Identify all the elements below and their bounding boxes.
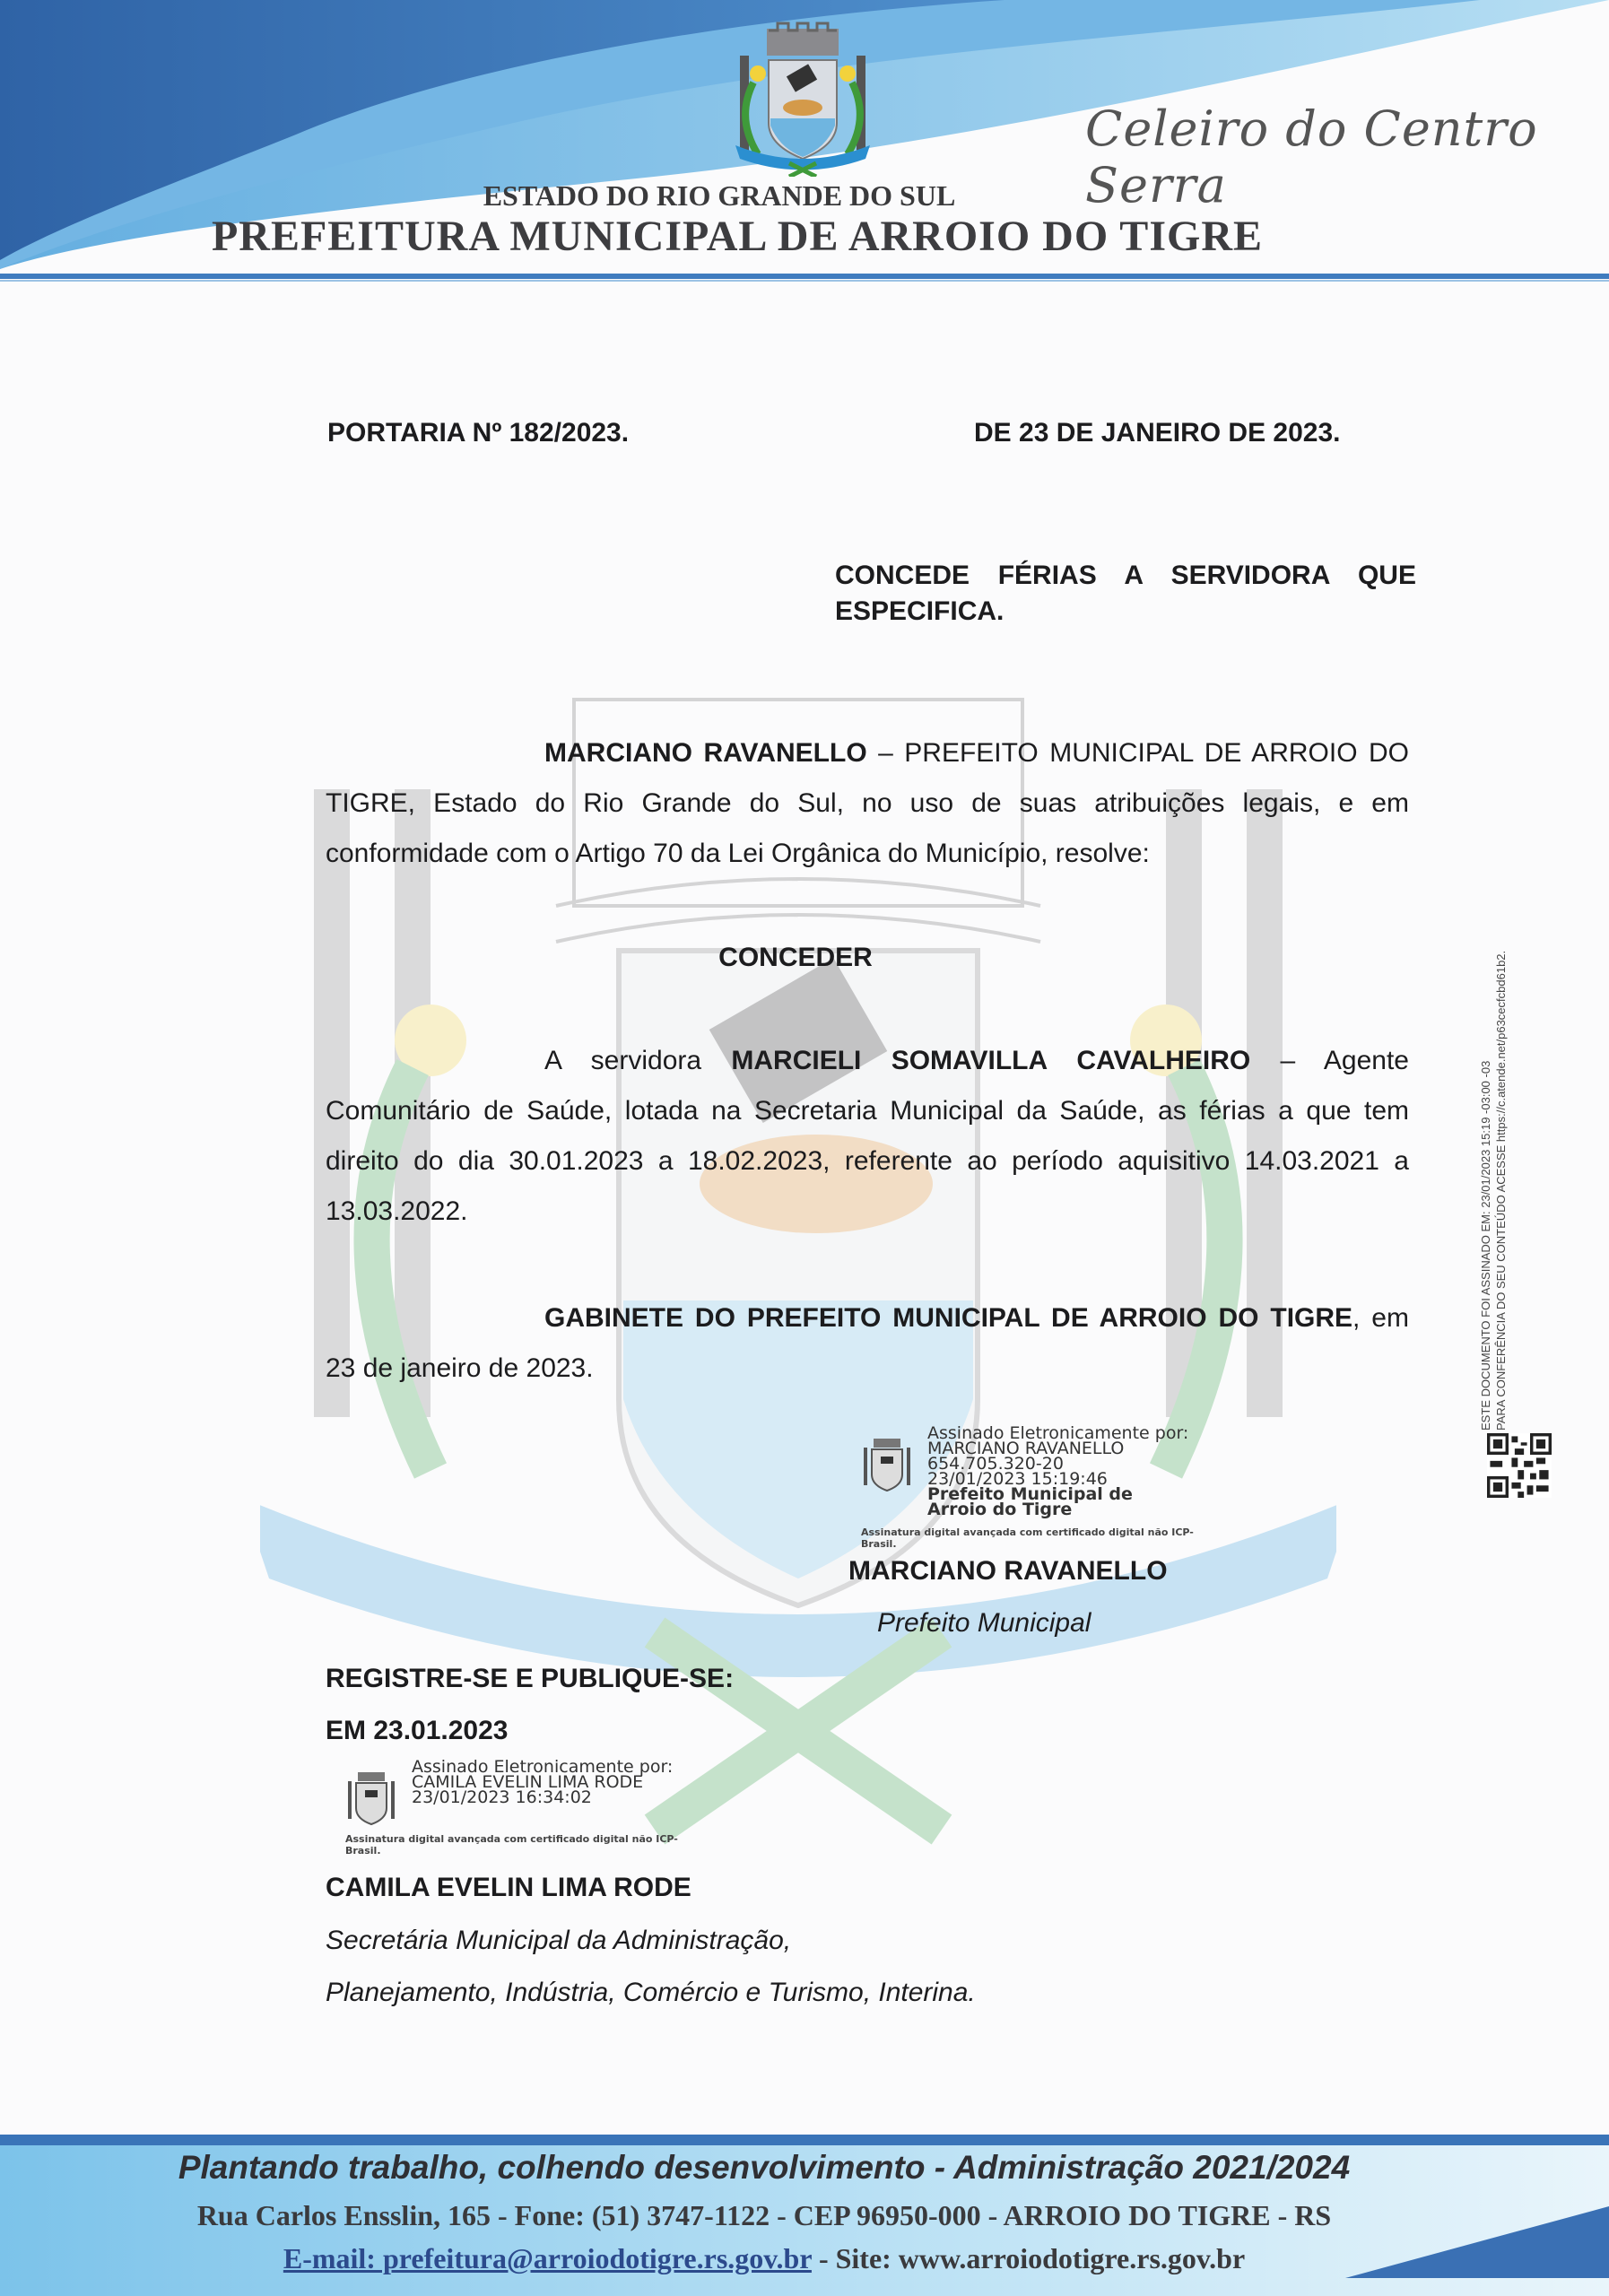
seal-icon [861, 1435, 913, 1494]
site-text: - Site: www.arroiodotigre.rs.gov.br [812, 2242, 1245, 2274]
ordinance-date: DE 23 DE JANEIRO DE 2023. [974, 408, 1341, 458]
qr-code-icon[interactable] [1487, 1433, 1552, 1498]
closing-paragraph: GABINETE DO PREFEITO MUNICIPAL DE ARROIO… [326, 1293, 1409, 1394]
institution-name: PREFEITURA MUNICIPAL DE ARROIO DO TIGRE [0, 212, 1542, 261]
state-name: ESTADO DO RIO GRANDE DO SUL [0, 179, 1524, 213]
mayor-signature-name: MARCIANO RAVANELLO [848, 1556, 1168, 1587]
register-date: EM 23.01.2023 [326, 1716, 508, 1746]
mayor-signature-role: Prefeito Municipal [877, 1608, 1091, 1639]
secretary-signature-name: CAMILA EVELIN LIMA RODE [326, 1873, 691, 1903]
register-publish-heading: REGISTRE-SE E PUBLIQUE-SE: [326, 1664, 734, 1694]
footer-slogan: Plantando trabalho, colhendo desenvolvim… [0, 2149, 1569, 2187]
footer-address: Rua Carlos Ensslin, 165 - Fone: (51) 374… [0, 2199, 1569, 2232]
action-heading: CONCEDER [0, 933, 1600, 983]
header-divider-light [0, 280, 1609, 282]
ordinance-number: PORTARIA Nº 182/2023. [327, 408, 629, 458]
body-paragraph: A servidora MARCIELI SOMAVILLA CAVALHEIR… [326, 1036, 1409, 1237]
employee-name: MARCIELI SOMAVILLA CAVALHEIRO [731, 1046, 1250, 1075]
signature-certificate-note: Assinatura digital avançada com certific… [345, 1833, 678, 1857]
secretary-role-line1: Secretária Municipal da Administração, [326, 1926, 791, 1956]
verification-side-text: ESTE DOCUMENTO FOI ASSINADO EM: 23/01/20… [1478, 951, 1509, 1431]
email-link[interactable]: E-mail: prefeitura@arroiodotigre.rs.gov.… [283, 2242, 812, 2274]
ordinance-summary: CONCEDE FÉRIAS A SERVIDORA QUE ESPECIFIC… [835, 558, 1416, 630]
preamble-paragraph: MARCIANO RAVANELLO – PREFEITO MUNICIPAL … [326, 728, 1409, 879]
footer-contact: E-mail: prefeitura@arroiodotigre.rs.gov.… [0, 2242, 1569, 2275]
mayor-name: MARCIANO RAVANELLO [544, 738, 867, 768]
seal-icon [345, 1769, 397, 1828]
municipal-crest-logo [713, 20, 892, 177]
header-divider [0, 274, 1609, 279]
secretary-role-line2: Planejamento, Indústria, Comércio e Turi… [326, 1978, 976, 2008]
signature-certificate-note: Assinatura digital avançada com certific… [861, 1526, 1194, 1550]
